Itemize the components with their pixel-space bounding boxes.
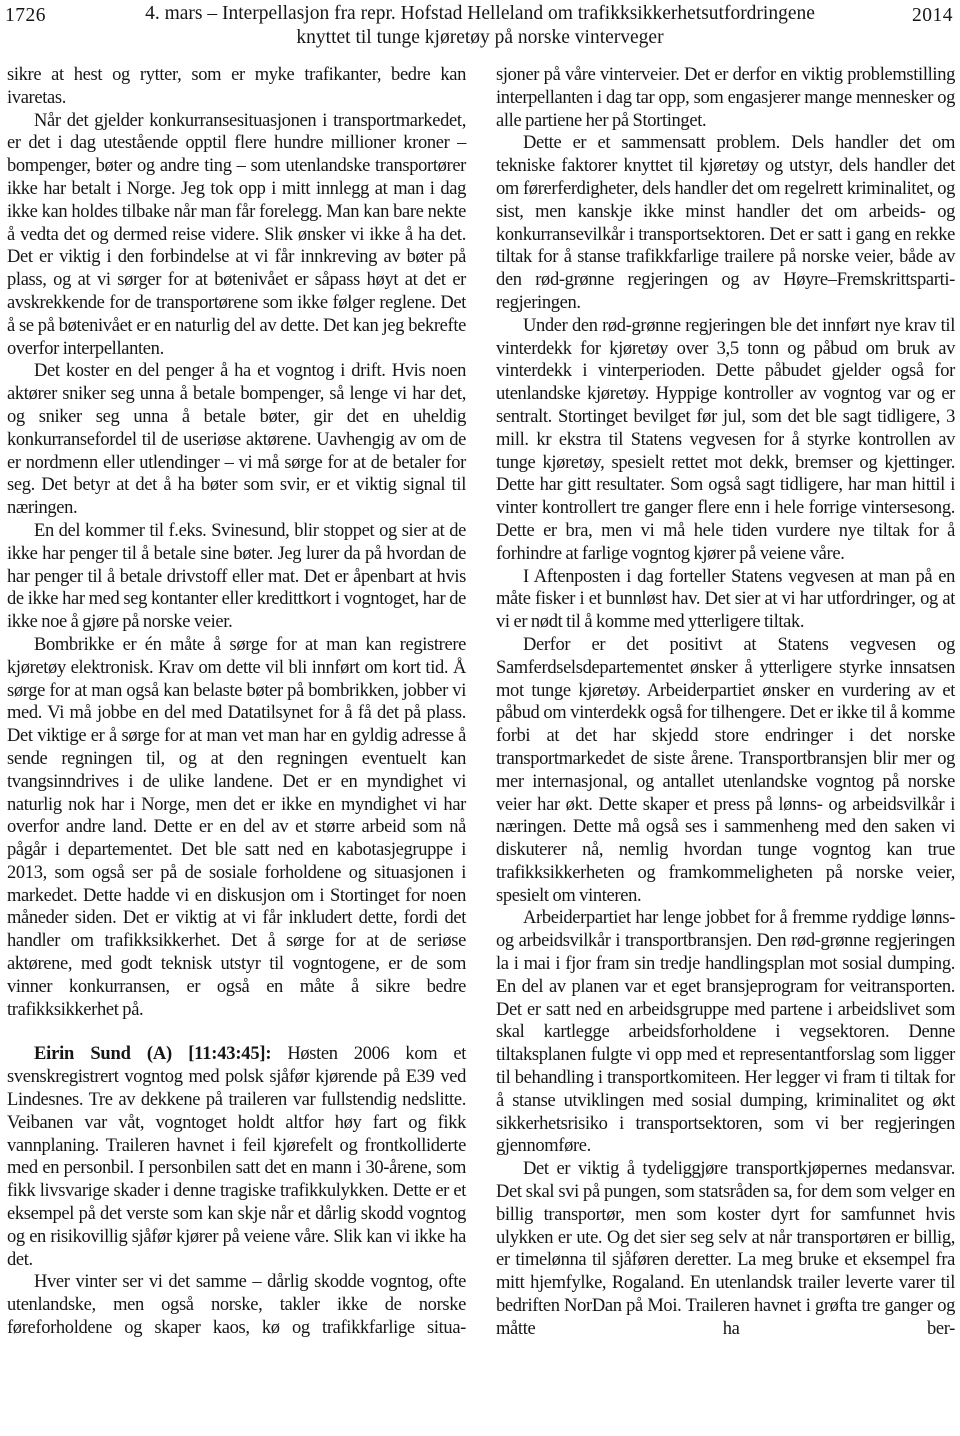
paragraph: Dette er et sammensatt problem. Dels han…	[496, 132, 955, 314]
paragraph-text: Hver vinter ser vi det samme – dårlig sk…	[7, 1272, 466, 1338]
paragraph-text: Arbeiderpartiet har lenge jobbet for å f…	[496, 908, 955, 1156]
paragraph: Det koster en del penger å ha et vogntog…	[7, 360, 466, 520]
paragraph-text: En del kommer til f.eks. Svinesund, blir…	[7, 521, 466, 632]
left-column: sikre at hest og rytter, som er myke tra…	[7, 64, 466, 1341]
paragraph-text: Det koster en del penger å ha et vogntog…	[7, 361, 466, 518]
paragraph-text: Dette er et sammensatt problem. Dels han…	[496, 133, 955, 313]
paragraph: Bombrikke er én måte å sørge for at man …	[7, 634, 466, 1022]
paragraph-text: Når det gjelder konkurransesituasjonen i…	[7, 111, 466, 359]
paragraph: sjoner på våre vinterveier. Det er derfo…	[496, 64, 955, 132]
paragraph: Arbeiderpartiet har lenge jobbet for å f…	[496, 907, 955, 1158]
paragraph: I Aftenposten i dag forteller Statens ve…	[496, 566, 955, 634]
page-header: 1726 4. mars – Interpellasjon fra repr. …	[0, 0, 960, 54]
paragraph-text: Derfor er det positivt at Statens vegves…	[496, 635, 955, 906]
paragraph-text: I Aftenposten i dag forteller Statens ve…	[496, 567, 955, 633]
paragraph-text: Under den rød-grønne regjeringen ble det…	[496, 316, 955, 564]
paragraph-text: sikre at hest og rytter, som er myke tra…	[7, 65, 466, 108]
header-title: 4. mars – Interpellasjon fra repr. Hofst…	[130, 2, 830, 50]
paragraph-text: Bombrikke er én måte å sørge for at man …	[7, 635, 466, 1020]
header-title-line1: 4. mars – Interpellasjon fra repr. Hofst…	[130, 2, 830, 26]
page-number: 1726	[5, 4, 46, 28]
paragraph: En del kommer til f.eks. Svinesund, blir…	[7, 520, 466, 634]
document-page: 1726 4. mars – Interpellasjon fra repr. …	[0, 0, 960, 1436]
text-columns: sikre at hest og rytter, som er myke tra…	[0, 54, 960, 1341]
paragraph: Hver vinter ser vi det samme – dårlig sk…	[7, 1271, 466, 1339]
paragraph: Derfor er det positivt at Statens vegves…	[496, 634, 955, 908]
paragraph-text: sjoner på våre vinterveier. Det er derfo…	[496, 65, 955, 131]
paragraph: Under den rød-grønne regjeringen ble det…	[496, 315, 955, 566]
paragraph: sikre at hest og rytter, som er myke tra…	[7, 64, 466, 110]
paragraph-text: Høsten 2006 kom et svenskregistrert vogn…	[7, 1044, 466, 1269]
paragraph: Eirin Sund (A) [11:43:45]: Høsten 2006 k…	[7, 1043, 466, 1271]
speaker-name: Eirin Sund (A) [11:43:45]:	[34, 1044, 271, 1064]
right-column: sjoner på våre vinterveier. Det er derfo…	[496, 64, 955, 1341]
header-title-line2: knyttet til tunge kjøretøy på norske vin…	[130, 26, 830, 50]
paragraph: Når det gjelder konkurransesituasjonen i…	[7, 110, 466, 361]
page-year: 2014	[912, 4, 953, 28]
paragraph: Det er viktig å tydeliggjøre transportkj…	[496, 1158, 955, 1340]
paragraph-text: Det er viktig å tydeliggjøre transportkj…	[496, 1159, 955, 1339]
